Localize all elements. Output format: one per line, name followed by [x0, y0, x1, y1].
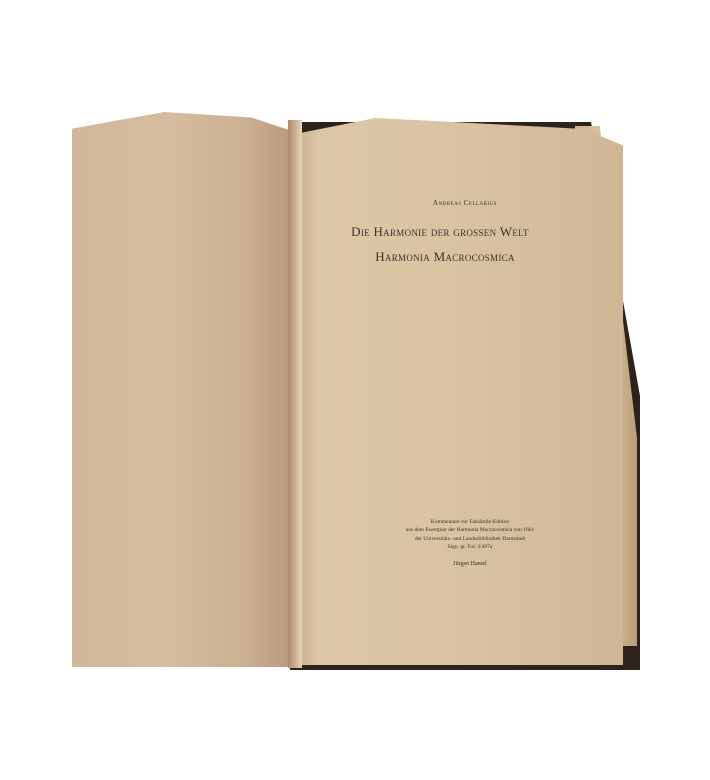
commentary-line: Kommentare zur Faksimile-Edition	[370, 518, 570, 526]
author-name: Andreas Cellarius	[360, 199, 570, 207]
commentary-line: Sign. gr. Fol. 3/497a	[370, 543, 570, 551]
left-page-blank	[72, 112, 302, 667]
commentary-block: Kommentare zur Faksimile-Edition aus dem…	[370, 518, 570, 552]
book-gutter	[288, 120, 302, 668]
title-latin: Harmonia Macrocosmica	[320, 249, 570, 265]
editor-name: Jürgen Hamel	[370, 561, 570, 567]
commentary-line: aus dem Exemplar der Harmonia Macrocosmi…	[370, 526, 570, 534]
commentary-line: der Universitäts- und Landesbibliothek D…	[370, 535, 570, 543]
title-german: Die Harmonie der grossen Welt	[310, 224, 570, 240]
book-photo: Andreas Cellarius Die Harmonie der gross…	[0, 0, 710, 780]
